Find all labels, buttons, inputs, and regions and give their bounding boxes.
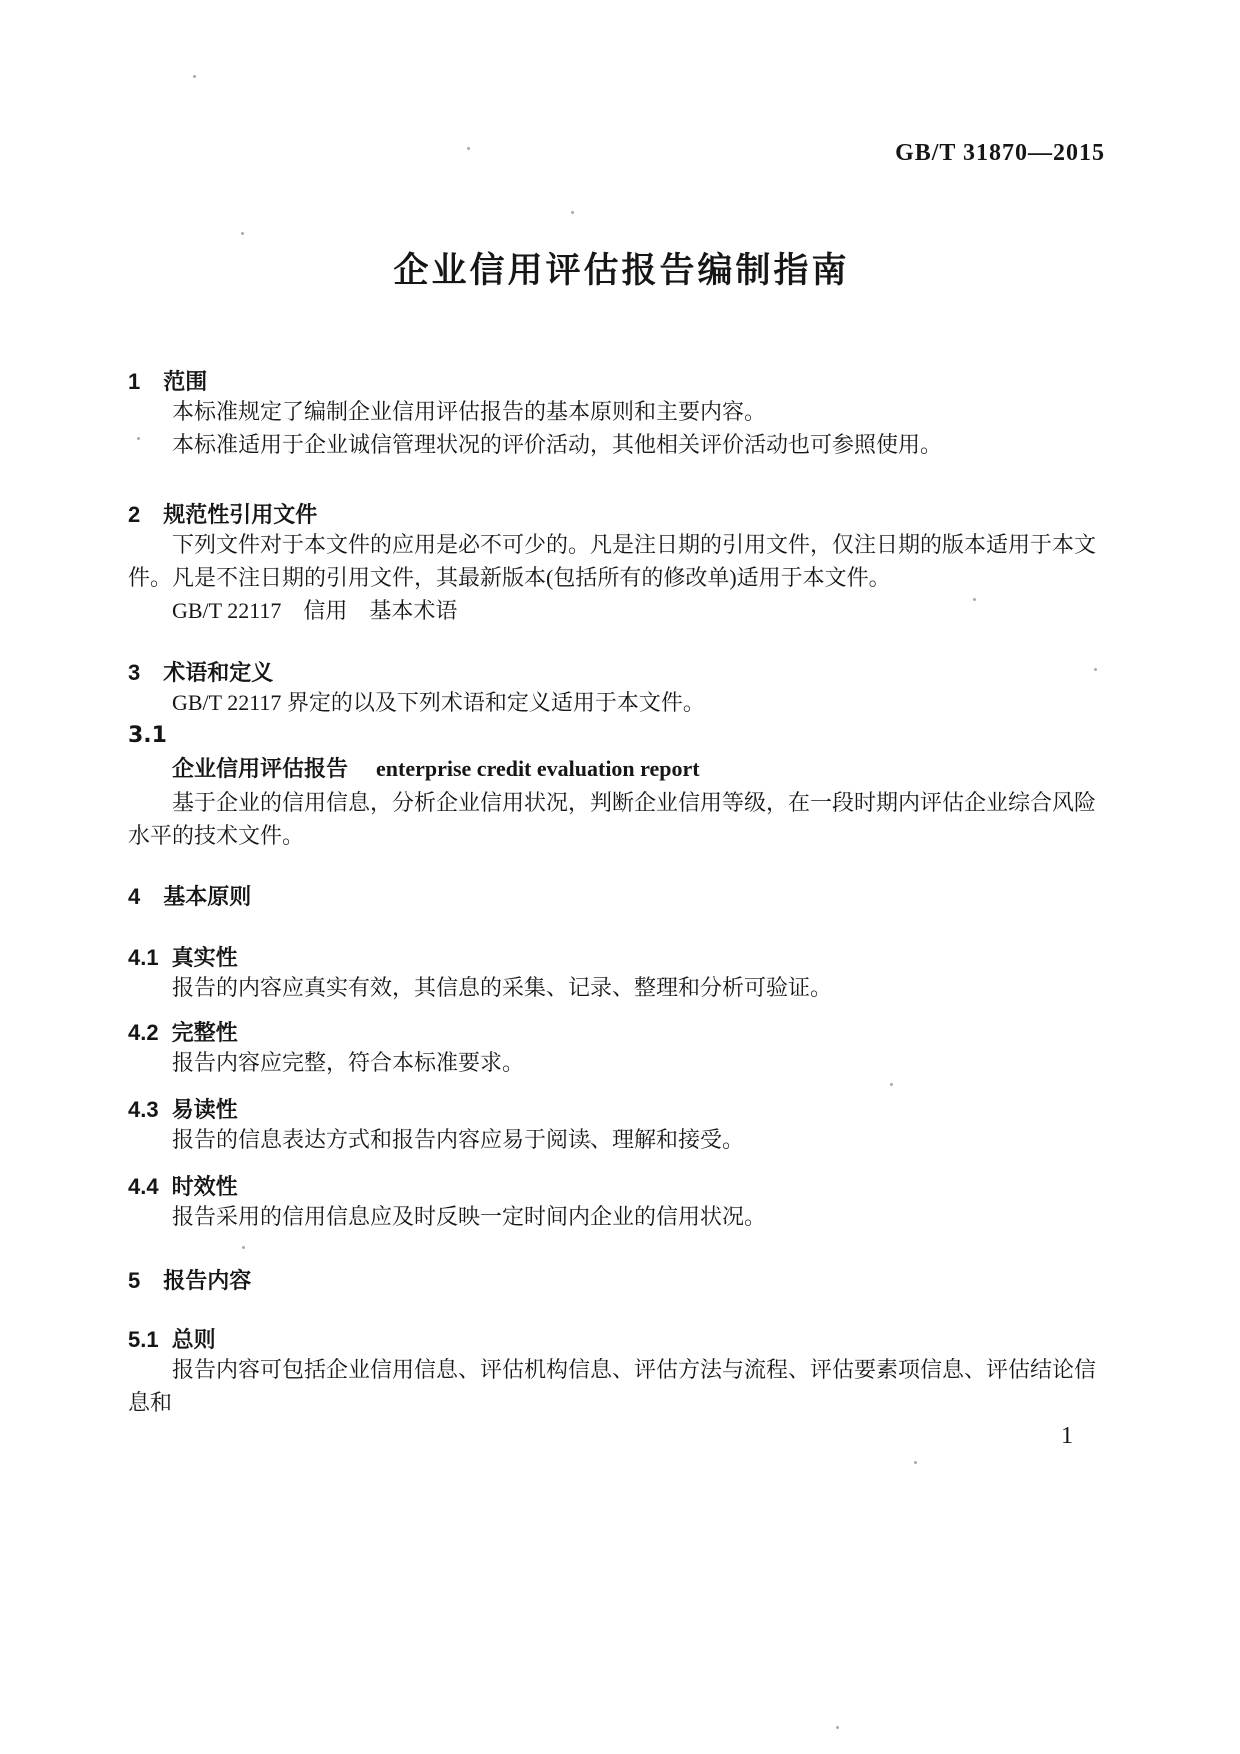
section-4-2-heading: 4.2完整性 [128, 1021, 1115, 1046]
scan-speck [137, 437, 140, 440]
section-4-heading: 4基本原则 [128, 885, 1115, 910]
page-number: 1 [128, 1421, 1115, 1451]
section-5-1-title: 总则 [172, 1328, 216, 1353]
normative-reference: GB/T 22117 信用 基本术语 [128, 594, 1115, 627]
section-1-number: 1 [128, 369, 140, 394]
section-4-2-title: 完整性 [172, 1021, 238, 1046]
section-4-2-body: 报告内容应完整，符合本标准要求。 [128, 1046, 1115, 1079]
scan-speck [914, 1461, 917, 1464]
section-5-title: 报告内容 [163, 1269, 251, 1294]
section-3-heading: 3术语和定义 [128, 661, 1115, 686]
section-4-4-body: 报告采用的信用信息应及时反映一定时间内企业的信用状况。 [128, 1200, 1115, 1233]
standard-number: GB/T 31870—2015 [128, 140, 1105, 166]
scan-speck [242, 1246, 245, 1249]
section-3-title: 术语和定义 [163, 661, 273, 686]
scan-speck [467, 147, 470, 150]
term-definition-body: 基于企业的信用信息，分析企业信用状况，判断企业信用等级，在一段时期内评估企业综合… [128, 786, 1115, 852]
term-english: enterprise credit evaluation report [376, 756, 700, 781]
section-5-1-number: 5.1 [128, 1327, 159, 1352]
section-1-heading: 1范围 [128, 370, 1115, 395]
scan-speck [836, 1726, 839, 1729]
section-4-4-number: 4.4 [128, 1174, 159, 1199]
scan-speck [571, 211, 574, 214]
scan-speck [193, 75, 196, 78]
document-page: GB/T 31870—2015 企业信用评估报告编制指南 1范围 本标准规定了编… [0, 0, 1240, 1754]
section-4-1-body: 报告的内容应真实有效，其信息的采集、记录、整理和分析可验证。 [128, 971, 1115, 1004]
scan-speck [588, 1140, 591, 1143]
section-4-number: 4 [128, 884, 140, 909]
document-title: 企业信用评估报告编制指南 [128, 252, 1115, 290]
section-4-1-number: 4.1 [128, 945, 159, 970]
section-4-3-title: 易读性 [172, 1098, 238, 1123]
section-1-title: 范围 [163, 370, 207, 395]
term-definition-heading: 企业信用评估报告enterprise credit evaluation rep… [128, 752, 1115, 786]
scan-speck [241, 232, 244, 235]
section-2-paragraph-1: 下列文件对于本文件的应用是必不可少的。凡是注日期的引用文件，仅注日期的版本适用于… [128, 528, 1115, 594]
section-2-title: 规范性引用文件 [163, 503, 317, 528]
section-5-1-heading: 5.1总则 [128, 1328, 1115, 1353]
section-4-3-number: 4.3 [128, 1097, 159, 1122]
section-4-2-number: 4.2 [128, 1020, 159, 1045]
term-number: 3.1 [128, 719, 1115, 752]
term-chinese: 企业信用评估报告 [172, 757, 348, 782]
section-1-paragraph-2: 本标准适用于企业诚信管理状况的评价活动，其他相关评价活动也可参照使用。 [128, 428, 1115, 461]
section-5-heading: 5报告内容 [128, 1269, 1115, 1294]
scan-speck [1094, 668, 1097, 671]
section-5-1-body: 报告内容可包括企业信用信息、评估机构信息、评估方法与流程、评估要素项信息、评估结… [128, 1353, 1115, 1419]
section-4-3-body: 报告的信息表达方式和报告内容应易于阅读、理解和接受。 [128, 1123, 1115, 1156]
section-4-3-heading: 4.3易读性 [128, 1098, 1115, 1123]
section-4-1-heading: 4.1真实性 [128, 946, 1115, 971]
section-3-intro: GB/T 22117 界定的以及下列术语和定义适用于本文件。 [128, 686, 1115, 719]
section-4-4-title: 时效性 [172, 1175, 238, 1200]
section-4-1-title: 真实性 [172, 946, 238, 971]
scan-speck [890, 1083, 893, 1086]
section-5-number: 5 [128, 1268, 140, 1293]
section-2-number: 2 [128, 502, 140, 527]
section-4-title: 基本原则 [163, 885, 251, 910]
section-4-4-heading: 4.4时效性 [128, 1175, 1115, 1200]
scan-speck [973, 598, 976, 601]
section-1-paragraph-1: 本标准规定了编制企业信用评估报告的基本原则和主要内容。 [128, 395, 1115, 428]
section-2-heading: 2规范性引用文件 [128, 503, 1115, 528]
section-3-number: 3 [128, 660, 140, 685]
